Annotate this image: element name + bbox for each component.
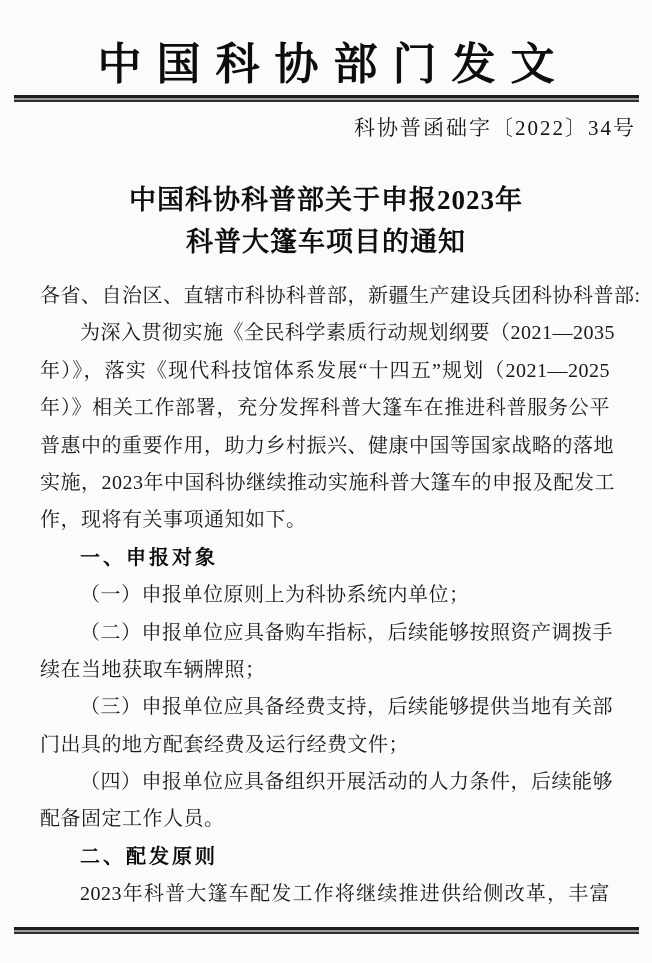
body-line: 作，现将有关事项通知如下。 xyxy=(40,502,610,539)
document-number: 科协普函础字〔2022〕34号 xyxy=(354,112,636,142)
body-line: 实施，2023年中国科协继续推动实施科普大篷车的申报及配发工 xyxy=(40,465,610,502)
body-line: （四）申报单位应具备组织开展活动的人力条件，后续能够 xyxy=(40,764,610,801)
body-line: 各省、自治区、直辖市科协科普部，新疆生产建设兵团科协科普部: xyxy=(40,278,610,315)
notice-title-line1: 中国科协科普部关于申报2023年 xyxy=(0,179,652,221)
body-line: （三）申报单位应具备经费支持，后续能够提供当地有关部 xyxy=(40,689,610,726)
document-page: 中国科协部门发文 科协普函础字〔2022〕34号 中国科协科普部关于申报2023… xyxy=(0,0,652,963)
body-line: 年）》相关工作部署，充分发挥科普大篷车在推进科普服务公平 xyxy=(40,390,610,427)
letterhead-title: 中国科协部门发文 xyxy=(0,28,652,92)
body-line: 年）》，落实《现代科技馆体系发展“十四五”规划（2021—2025 xyxy=(40,353,610,390)
notice-title-line2: 科普大篷车项目的通知 xyxy=(0,221,652,263)
body-line: 门出具的地方配套经费及运行经费文件； xyxy=(40,727,610,764)
body-line: （二）申报单位应具备购车指标，后续能够按照资产调拨手 xyxy=(40,615,610,652)
section-heading: 一、申报对象 xyxy=(40,540,610,577)
letterhead-rule xyxy=(14,95,639,102)
body-line: （一）申报单位原则上为科协系统内单位； xyxy=(40,577,610,614)
footer-rule xyxy=(14,927,639,934)
body-line: 2023年科普大篷车配发工作将继续推进供给侧改革，丰富 xyxy=(40,876,610,913)
section-heading: 二、配发原则 xyxy=(40,839,610,876)
body-line: 为深入贯彻实施《全民科学素质行动规划纲要（2021—2035 xyxy=(40,315,610,352)
notice-body: 各省、自治区、直辖市科协科普部，新疆生产建设兵团科协科普部:为深入贯彻实施《全民… xyxy=(40,278,610,914)
notice-title: 中国科协科普部关于申报2023年 科普大篷车项目的通知 xyxy=(0,179,652,263)
body-line: 配备固定工作人员。 xyxy=(40,801,610,838)
body-line: 续在当地获取车辆牌照； xyxy=(40,652,610,689)
body-line: 普惠中的重要作用，助力乡村振兴、健康中国等国家战略的落地 xyxy=(40,428,610,465)
